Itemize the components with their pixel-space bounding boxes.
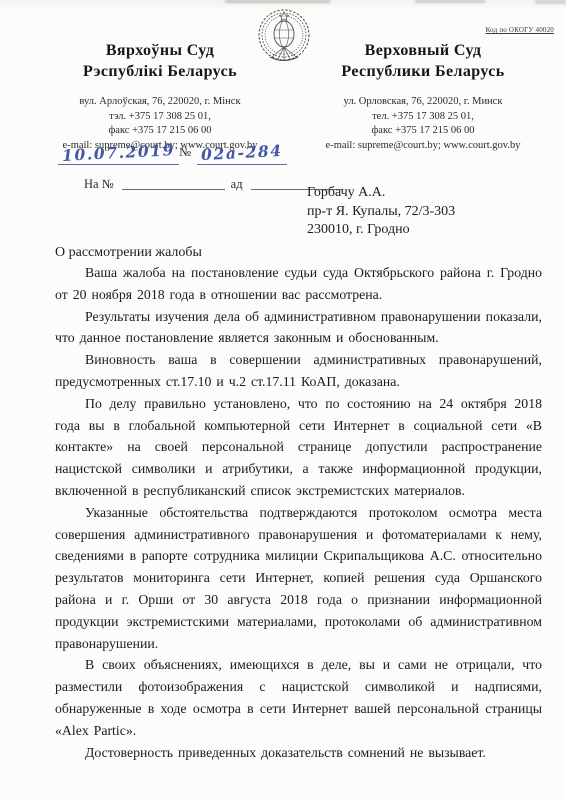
- reply-number-blank: [122, 177, 225, 190]
- court-title-ru: Верховный Суд Республики Беларусь: [296, 40, 550, 82]
- phone-by: тэл. +375 17 308 25 01,: [36, 110, 284, 125]
- addressee-city: 230010, г. Гродно: [307, 221, 455, 240]
- handwritten-date: 10.07.2019: [62, 140, 176, 165]
- address-by: вул. Арлоўская, 76, 220020, г. Мінск: [36, 95, 284, 110]
- okogu-code: Код по ОКОГУ 40020: [486, 26, 554, 34]
- handwritten-number: 02а-284: [201, 141, 283, 164]
- outgoing-date-blank: 10.07.2019: [58, 143, 179, 165]
- letterhead-russian-column: Верховный Суд Республики Беларусь ул. Ор…: [296, 40, 550, 153]
- scanned-letter-page: Код по ОКОГУ 40020 Вярхоўны Суд Рэспублі…: [0, 0, 566, 800]
- addressee-block: Горбачу А.А. пр-т Я. Купалы, 72/3-303 23…: [307, 184, 455, 240]
- court-contact-ru: ул. Орловская, 76, 220020, г. Минск тел.…: [296, 95, 550, 153]
- number-sign: №: [179, 145, 191, 159]
- fax-by: факс +375 17 215 06 00: [36, 124, 284, 139]
- letterhead-belarusian-column: Вярхоўны Суд Рэспублікі Беларусь вул. Ар…: [36, 40, 284, 153]
- scan-artifact: [535, 0, 566, 4]
- email-ru: e-mail: supreme@court.by; www.court.gov.…: [296, 139, 550, 154]
- reply-from-label: ад: [231, 177, 243, 191]
- court-title-by-line2: Рэспублікі Беларусь: [36, 61, 284, 82]
- court-title-ru-line2: Республики Беларусь: [296, 61, 550, 82]
- fax-ru: факс +375 17 215 06 00: [296, 124, 550, 139]
- reply-prefix-label: На №: [84, 177, 114, 191]
- body-paragraph: Ваша жалоба на постановление судьи суда …: [55, 262, 542, 306]
- phone-ru: тел. +375 17 308 25 01,: [296, 110, 550, 125]
- body-paragraph: Результаты изучения дела об администрати…: [55, 306, 542, 350]
- body-paragraph: По делу правильно установлено, что по со…: [55, 393, 542, 502]
- court-title-by: Вярхоўны Суд Рэспублікі Беларусь: [36, 40, 284, 82]
- scan-artifact: [415, 0, 485, 3]
- letter-body: Ваша жалоба на постановление судьи суда …: [55, 262, 542, 763]
- court-title-ru-line1: Верховный Суд: [296, 40, 550, 61]
- letter-subject: О рассмотрении жалобы: [55, 245, 202, 261]
- body-paragraph: Виновность ваша в совершении администрат…: [55, 349, 542, 393]
- body-paragraph: Достоверность приведенных доказательств …: [55, 742, 542, 764]
- court-title-by-line1: Вярхоўны Суд: [36, 40, 284, 61]
- outgoing-number-blank: 02а-284: [197, 143, 287, 165]
- body-paragraph: В своих объяснениях, имеющихся в деле, в…: [55, 654, 542, 741]
- scan-artifact: [225, 0, 330, 3]
- body-paragraph: Указанные обстоятельства подтверждаются …: [55, 502, 542, 655]
- reply-reference-line: На №ад: [84, 177, 343, 192]
- address-ru: ул. Орловская, 76, 220020, г. Минск: [296, 95, 550, 110]
- addressee-street: пр-т Я. Купалы, 72/3-303: [307, 203, 455, 222]
- addressee-name: Горбачу А.А.: [307, 184, 455, 203]
- outgoing-reference-line: 10.07.2019№ 02а-284: [58, 143, 287, 165]
